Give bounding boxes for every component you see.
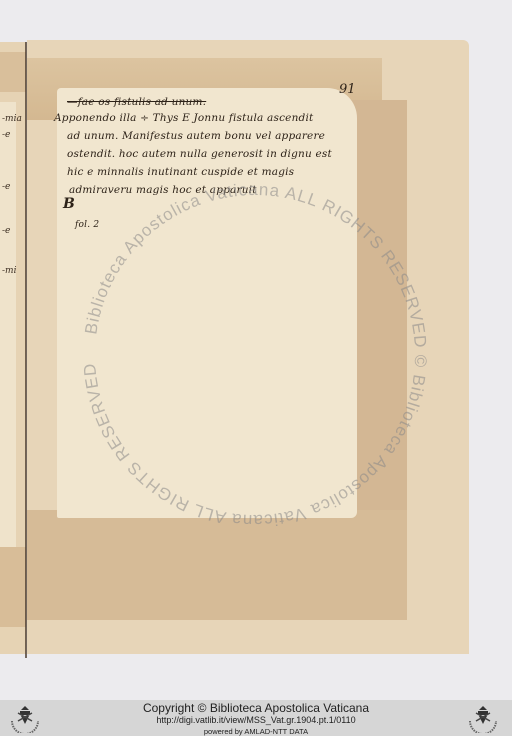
copyright-watermark: Biblioteca Apostolica Vaticana ALL RIGHT… [70, 170, 440, 540]
text-line: —fae os fistulis ad unum. [67, 96, 206, 108]
svg-text:Biblioteca Apostolica Vaticana: Biblioteca Apostolica Vaticana ALL RIGHT… [70, 170, 430, 530]
text-line: ostendit. hoc autem nulla generosit in d… [67, 148, 332, 160]
previous-leaf-edge: -mia -e -e -e -mi [0, 42, 26, 654]
manuscript-url[interactable]: http://digi.vatlib.it/view/MSS_Vat.gr.19… [0, 715, 512, 725]
powered-by-text: powered by AMLAD-NTT DATA [0, 727, 512, 736]
margin-note: -e [2, 182, 10, 192]
folio-number: 91 [339, 82, 356, 97]
margin-note: -mi [2, 266, 16, 276]
vatican-emblem-icon [466, 703, 500, 733]
margin-note: -e [2, 130, 10, 140]
text-line: ad unum. Manifestus autem bonu vel appar… [67, 130, 325, 142]
margin-note: -mia [2, 114, 22, 124]
copyright-text: Copyright © Biblioteca Apostolica Vatica… [0, 701, 512, 715]
watermark-text: Biblioteca Apostolica Vaticana ALL RIGHT… [70, 170, 430, 530]
manuscript-viewer: -mia -e -e -e -mi 91 —fae os fistulis ad… [0, 0, 512, 700]
margin-note: -e [2, 226, 10, 236]
copyright-footer: Copyright © Biblioteca Apostolica Vatica… [0, 700, 512, 736]
text-line: Apponendo illa ÷ Thys E Jonnu fistula as… [54, 112, 313, 124]
